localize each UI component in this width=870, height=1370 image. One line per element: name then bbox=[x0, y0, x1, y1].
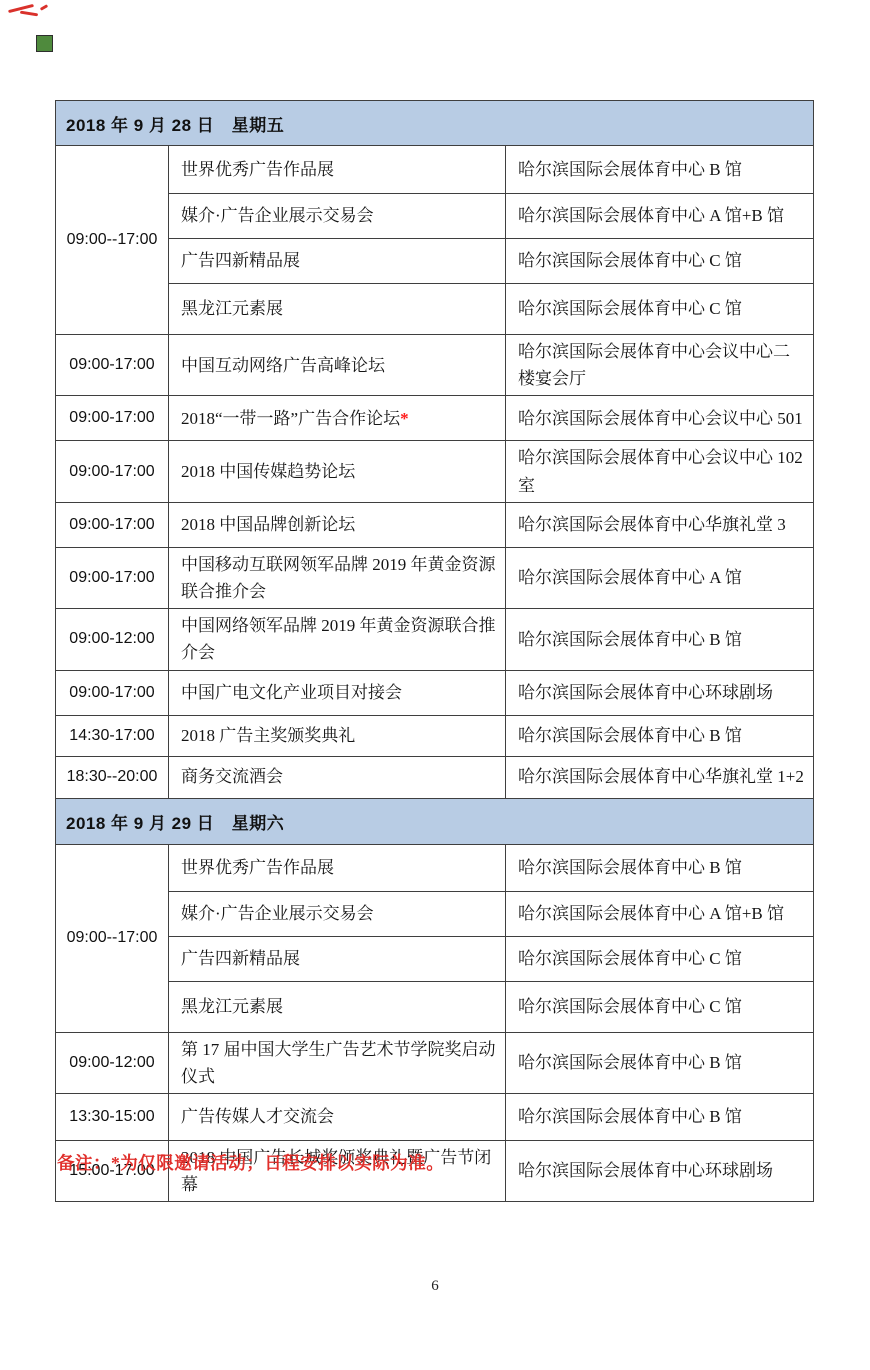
schedule-row: 广告四新精品展 哈尔滨国际会展体育中心 C 馆 bbox=[56, 936, 814, 981]
date-header-row: 2018 年 9 月 29 日 星期六 bbox=[56, 798, 814, 844]
schedule-row: 媒介·广告企业展示交易会 哈尔滨国际会展体育中心 A 馆+B 馆 bbox=[56, 194, 814, 239]
venue-cell: 哈尔滨国际会展体育中心 C 馆 bbox=[506, 239, 814, 284]
time-cell: 09:00-17:00 bbox=[56, 547, 169, 608]
event-label: 2018“一带一路”广告合作论坛 bbox=[181, 409, 400, 428]
schedule-row: 09:00-17:00 2018 中国传媒趋势论坛 哈尔滨国际会展体育中心会议中… bbox=[56, 441, 814, 502]
event-cell: 2018 中国品牌创新论坛 bbox=[169, 502, 506, 547]
event-cell: 广告四新精品展 bbox=[169, 239, 506, 284]
date-header-row: 2018 年 9 月 28 日 星期五 bbox=[56, 101, 814, 146]
event-cell: 商务交流酒会 bbox=[169, 756, 506, 798]
venue-cell: 哈尔滨国际会展体育中心 C 馆 bbox=[506, 284, 814, 335]
schedule-row: 黑龙江元素展 哈尔滨国际会展体育中心 C 馆 bbox=[56, 981, 814, 1032]
venue-cell: 哈尔滨国际会展体育中心华旗礼堂 1+2 bbox=[506, 756, 814, 798]
time-cell: 09:00-17:00 bbox=[56, 441, 169, 502]
event-cell: 2018 中国传媒趋势论坛 bbox=[169, 441, 506, 502]
red-pen-scribble-mark bbox=[6, 2, 50, 22]
venue-cell: 哈尔滨国际会展体育中心会议中心二楼宴会厅 bbox=[506, 335, 814, 396]
event-cell: 2018“一带一路”广告合作论坛* bbox=[169, 396, 506, 441]
schedule-row: 黑龙江元素展 哈尔滨国际会展体育中心 C 馆 bbox=[56, 284, 814, 335]
venue-cell: 哈尔滨国际会展体育中心环球剧场 bbox=[506, 670, 814, 715]
time-cell: 09:00-12:00 bbox=[56, 609, 169, 670]
schedule-row: 09:00-12:00 第 17 届中国大学生广告艺术节学院奖启动仪式 哈尔滨国… bbox=[56, 1032, 814, 1093]
schedule-row: 09:00-17:00 2018 中国品牌创新论坛 哈尔滨国际会展体育中心华旗礼… bbox=[56, 502, 814, 547]
venue-cell: 哈尔滨国际会展体育中心 B 馆 bbox=[506, 1093, 814, 1140]
time-cell: 09:00-12:00 bbox=[56, 1032, 169, 1093]
green-square-mark bbox=[36, 35, 53, 52]
venue-cell: 哈尔滨国际会展体育中心 A 馆 bbox=[506, 547, 814, 608]
venue-cell: 哈尔滨国际会展体育中心 A 馆+B 馆 bbox=[506, 194, 814, 239]
venue-cell: 哈尔滨国际会展体育中心 B 馆 bbox=[506, 609, 814, 670]
date-header: 2018 年 9 月 28 日 星期五 bbox=[56, 101, 814, 146]
schedule-row: 广告四新精品展 哈尔滨国际会展体育中心 C 馆 bbox=[56, 239, 814, 284]
red-pen-stroke bbox=[20, 11, 38, 17]
schedule-table: 2018 年 9 月 28 日 星期五 09:00--17:00 世界优秀广告作… bbox=[55, 100, 814, 1202]
event-cell: 广告四新精品展 bbox=[169, 936, 506, 981]
document-page: 2018 年 9 月 28 日 星期五 09:00--17:00 世界优秀广告作… bbox=[0, 0, 870, 1370]
venue-cell: 哈尔滨国际会展体育中心 B 馆 bbox=[506, 715, 814, 756]
time-cell: 09:00-17:00 bbox=[56, 670, 169, 715]
schedule-row: 13:30-15:00 广告传媒人才交流会 哈尔滨国际会展体育中心 B 馆 bbox=[56, 1093, 814, 1140]
time-cell: 09:00-17:00 bbox=[56, 502, 169, 547]
venue-cell: 哈尔滨国际会展体育中心 B 馆 bbox=[506, 1032, 814, 1093]
time-cell: 13:30-15:00 bbox=[56, 1093, 169, 1140]
time-cell: 09:00--17:00 bbox=[56, 146, 169, 335]
venue-cell: 哈尔滨国际会展体育中心会议中心 102 室 bbox=[506, 441, 814, 502]
event-cell: 广告传媒人才交流会 bbox=[169, 1093, 506, 1140]
venue-cell: 哈尔滨国际会展体育中心 C 馆 bbox=[506, 936, 814, 981]
event-cell: 中国网络领军品牌 2019 年黄金资源联合推介会 bbox=[169, 609, 506, 670]
schedule-row: 09:00-17:00 中国互动网络广告高峰论坛 哈尔滨国际会展体育中心会议中心… bbox=[56, 335, 814, 396]
event-cell: 黑龙江元素展 bbox=[169, 284, 506, 335]
event-cell: 媒介·广告企业展示交易会 bbox=[169, 194, 506, 239]
schedule-row: 09:00--17:00 世界优秀广告作品展 哈尔滨国际会展体育中心 B 馆 bbox=[56, 844, 814, 891]
event-cell: 中国广电文化产业项目对接会 bbox=[169, 670, 506, 715]
time-cell: 09:00-17:00 bbox=[56, 335, 169, 396]
venue-cell: 哈尔滨国际会展体育中心 C 馆 bbox=[506, 981, 814, 1032]
footnote: 备注：*为仅限邀请活动；日程安排以实际为准。 bbox=[57, 1150, 757, 1175]
event-cell: 媒介·广告企业展示交易会 bbox=[169, 891, 506, 936]
schedule-row: 18:30--20:00 商务交流酒会 哈尔滨国际会展体育中心华旗礼堂 1+2 bbox=[56, 756, 814, 798]
event-cell: 中国移动互联网领军品牌 2019 年黄金资源联合推介会 bbox=[169, 547, 506, 608]
event-cell: 2018 广告主奖颁奖典礼 bbox=[169, 715, 506, 756]
schedule-row: 媒介·广告企业展示交易会 哈尔滨国际会展体育中心 A 馆+B 馆 bbox=[56, 891, 814, 936]
time-cell: 14:30-17:00 bbox=[56, 715, 169, 756]
schedule-row: 09:00--17:00 世界优秀广告作品展 哈尔滨国际会展体育中心 B 馆 bbox=[56, 146, 814, 194]
time-cell: 09:00-17:00 bbox=[56, 396, 169, 441]
page-number: 6 bbox=[0, 1278, 870, 1295]
venue-cell: 哈尔滨国际会展体育中心 A 馆+B 馆 bbox=[506, 891, 814, 936]
schedule-row: 09:00-17:00 中国广电文化产业项目对接会 哈尔滨国际会展体育中心环球剧… bbox=[56, 670, 814, 715]
venue-cell: 哈尔滨国际会展体育中心华旗礼堂 3 bbox=[506, 502, 814, 547]
schedule-row: 09:00-12:00 中国网络领军品牌 2019 年黄金资源联合推介会 哈尔滨… bbox=[56, 609, 814, 670]
event-cell: 世界优秀广告作品展 bbox=[169, 146, 506, 194]
venue-cell: 哈尔滨国际会展体育中心 B 馆 bbox=[506, 844, 814, 891]
schedule-row: 09:00-17:00 2018“一带一路”广告合作论坛* 哈尔滨国际会展体育中… bbox=[56, 396, 814, 441]
event-cell: 黑龙江元素展 bbox=[169, 981, 506, 1032]
time-cell: 09:00--17:00 bbox=[56, 844, 169, 1032]
venue-cell: 哈尔滨国际会展体育中心 B 馆 bbox=[506, 146, 814, 194]
event-cell: 中国互动网络广告高峰论坛 bbox=[169, 335, 506, 396]
schedule-row: 09:00-17:00 中国移动互联网领军品牌 2019 年黄金资源联合推介会 … bbox=[56, 547, 814, 608]
time-cell: 18:30--20:00 bbox=[56, 756, 169, 798]
schedule-row: 14:30-17:00 2018 广告主奖颁奖典礼 哈尔滨国际会展体育中心 B … bbox=[56, 715, 814, 756]
red-pen-stroke bbox=[40, 4, 48, 11]
venue-cell: 哈尔滨国际会展体育中心会议中心 501 bbox=[506, 396, 814, 441]
event-cell: 第 17 届中国大学生广告艺术节学院奖启动仪式 bbox=[169, 1032, 506, 1093]
event-cell: 世界优秀广告作品展 bbox=[169, 844, 506, 891]
date-header: 2018 年 9 月 29 日 星期六 bbox=[56, 798, 814, 844]
invitation-only-asterisk: * bbox=[400, 409, 409, 428]
